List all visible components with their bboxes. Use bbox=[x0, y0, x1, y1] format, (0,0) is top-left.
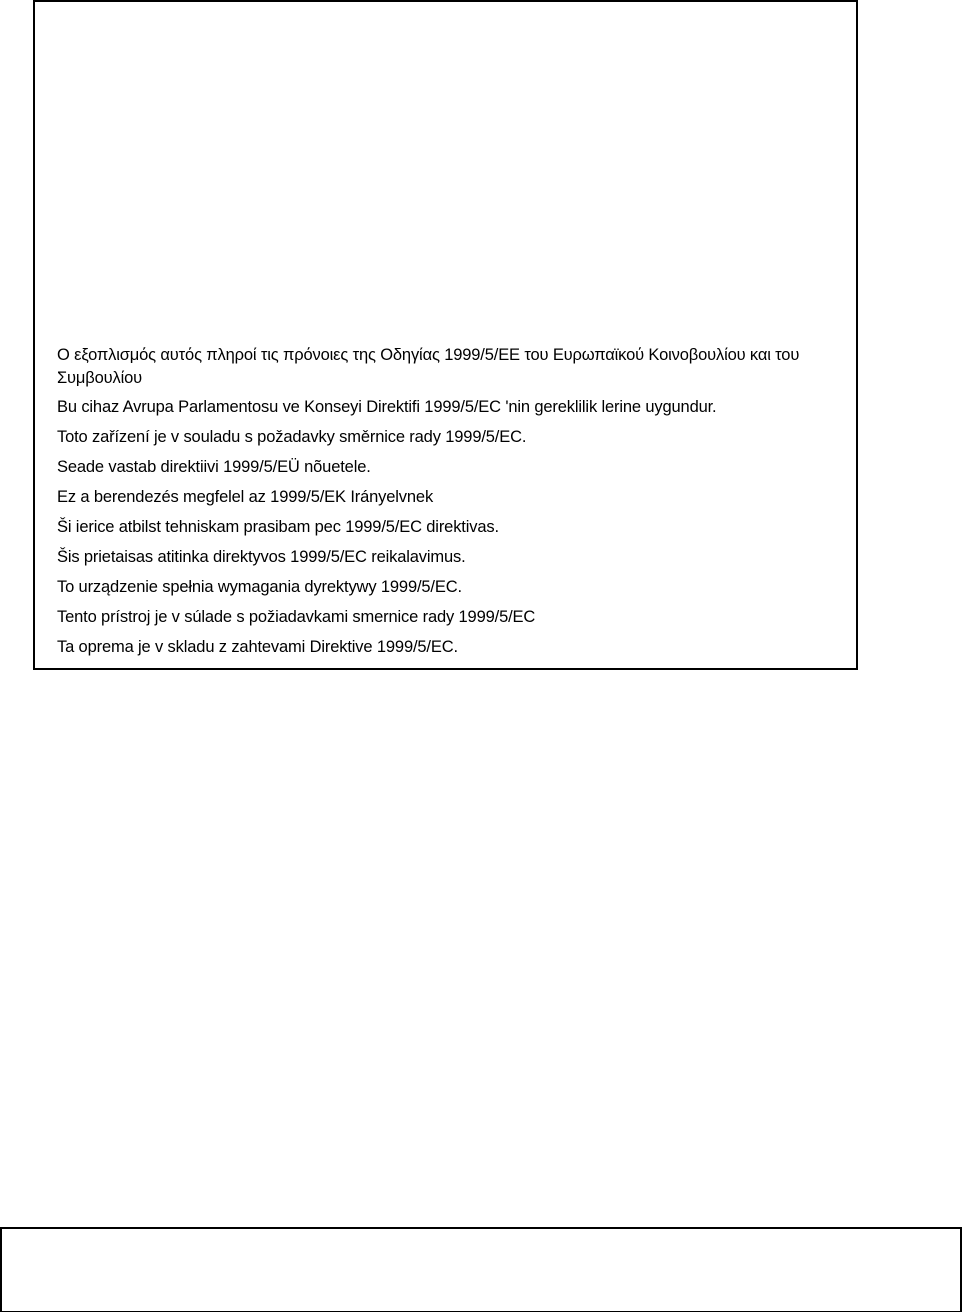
compliance-statement-estonian: Seade vastab direktiivi 1999/5/EÜ nõuete… bbox=[57, 456, 847, 478]
compliance-statement-list: Ο εξοπλισμός αυτός πληροί τις πρόνοιες τ… bbox=[57, 344, 847, 666]
compliance-statement-turkish: Bu cihaz Avrupa Parlamentosu ve Konseyi … bbox=[57, 396, 847, 418]
compliance-statement-lithuanian: Šis prietaisas atitinka direktyvos 1999/… bbox=[57, 546, 847, 568]
compliance-notice-box: Ο εξοπλισμός αυτός πληροί τις πρόνοιες τ… bbox=[33, 0, 858, 670]
compliance-statement-czech: Toto zařízení je v souladu s požadavky s… bbox=[57, 426, 847, 448]
compliance-statement-greek: Ο εξοπλισμός αυτός πληροί τις πρόνοιες τ… bbox=[57, 344, 847, 390]
compliance-statement-hungarian: Ez a berendezés megfelel az 1999/5/EK Ir… bbox=[57, 486, 847, 508]
compliance-statement-slovak: Tento prístroj je v súlade s požiadavkam… bbox=[57, 606, 847, 628]
compliance-statement-latvian: Ši ierice atbilst tehniskam prasibam pec… bbox=[57, 516, 847, 538]
compliance-statement-slovenian: Ta oprema je v skladu z zahtevami Direkt… bbox=[57, 636, 847, 658]
footer-empty-box bbox=[0, 1227, 962, 1312]
compliance-statement-polish: To urządzenie spełnia wymagania dyrektyw… bbox=[57, 576, 847, 598]
